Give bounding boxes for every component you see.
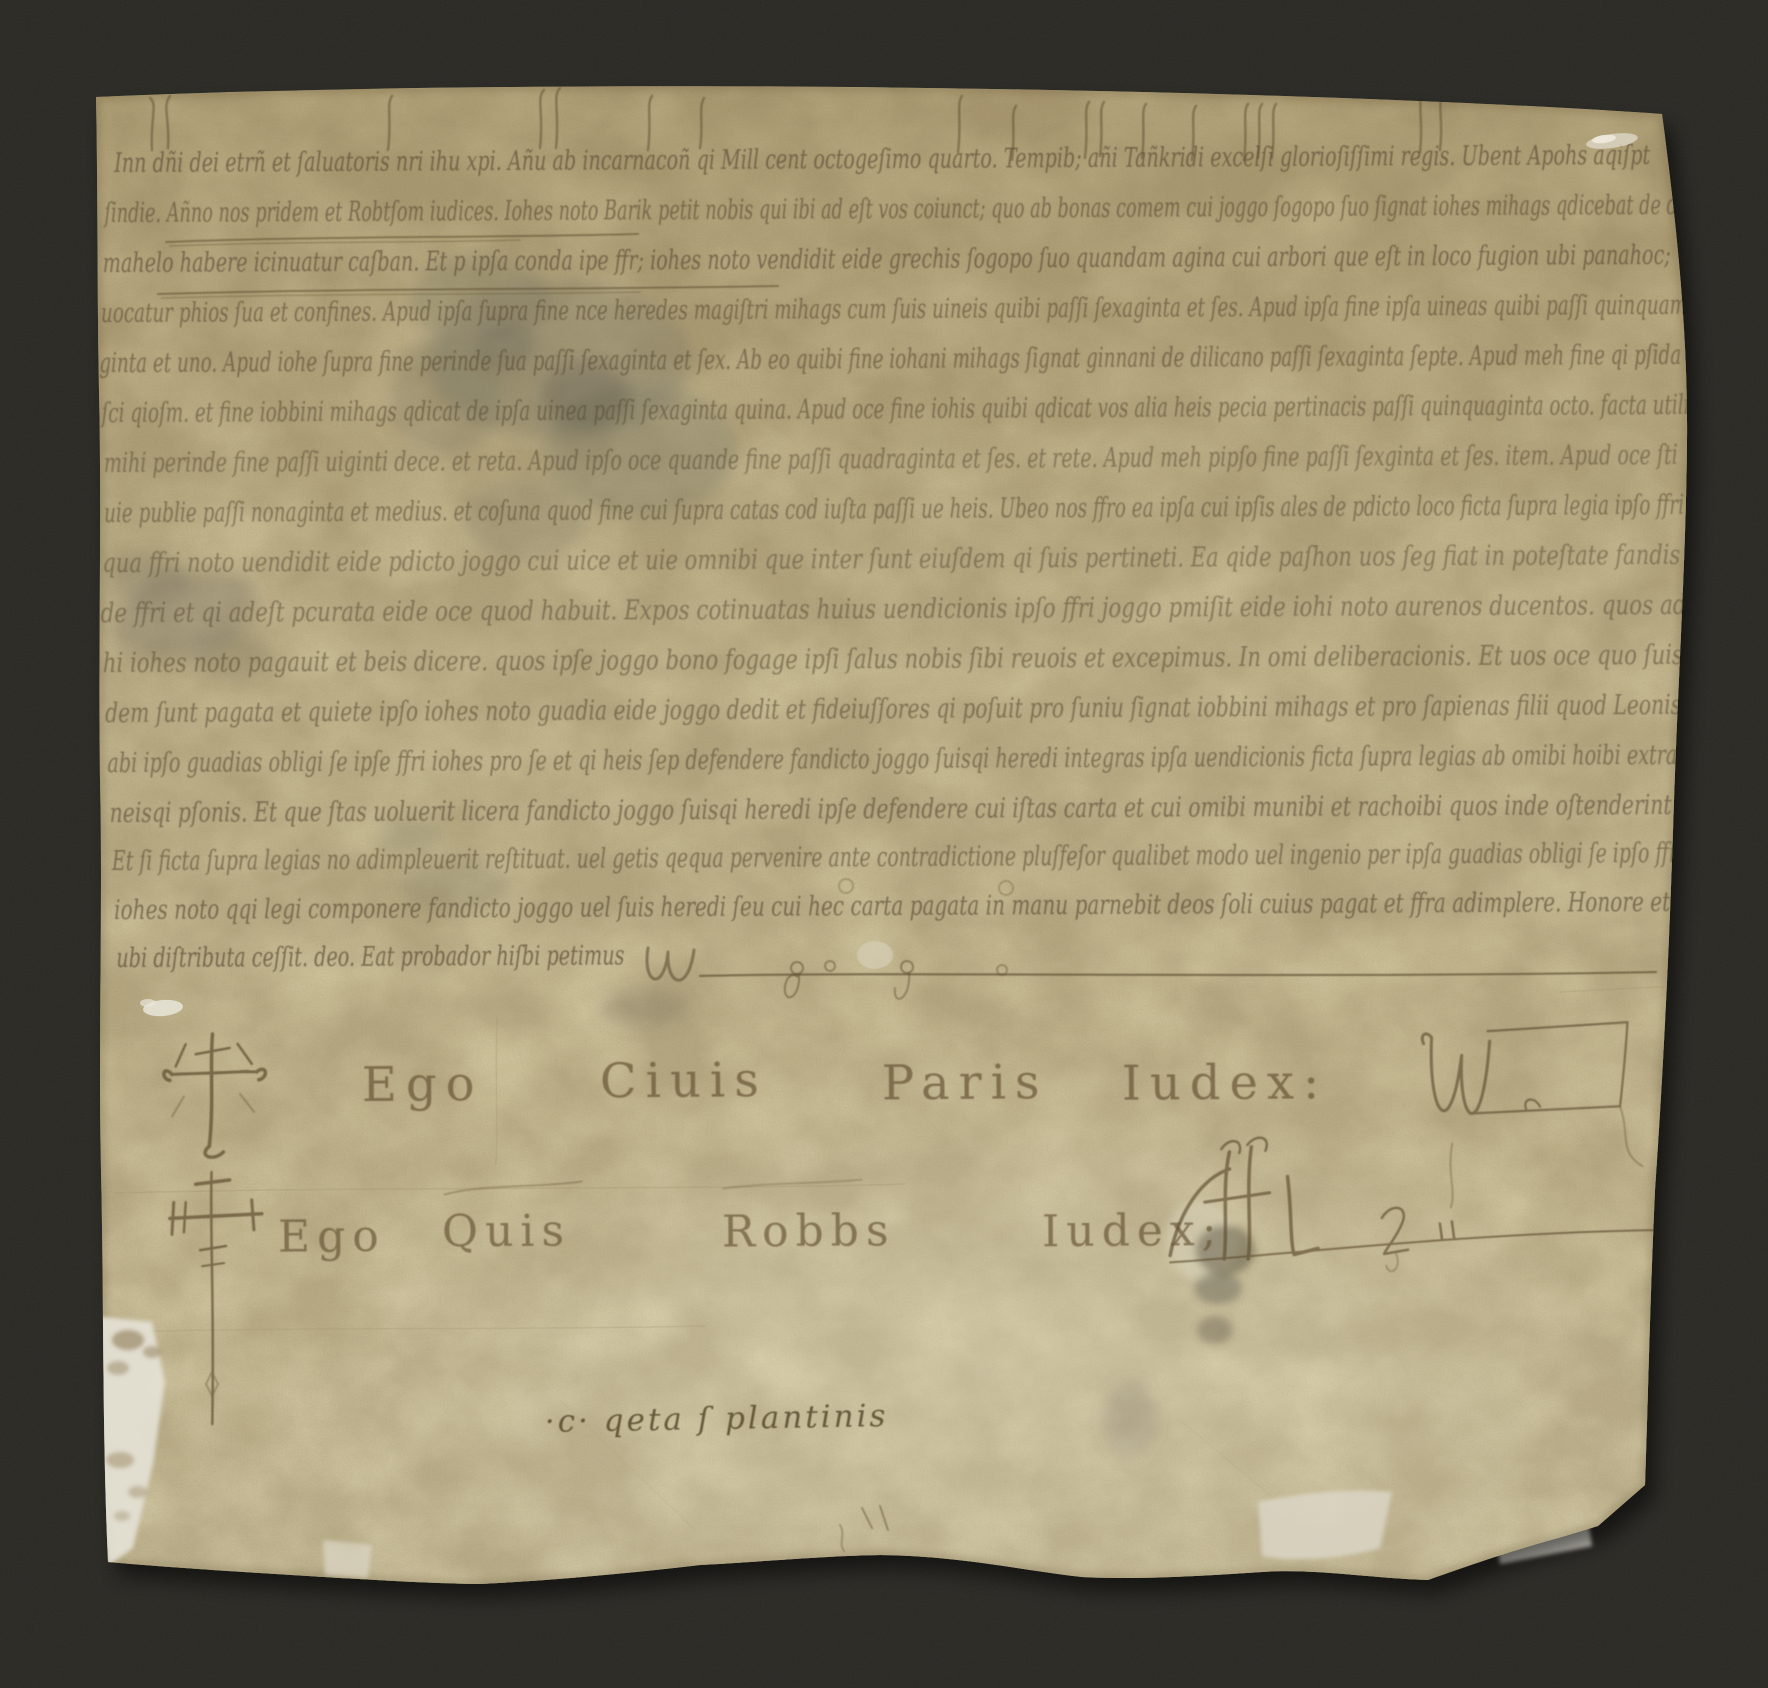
signature1-word-ego: Ego [362,1056,484,1113]
body-text-line: ubi diſtributa ceſſit. deo. Eat probador… [116,940,624,974]
body-text-block: Inn dñi dei etrñ et ſaluatoris nri ihu x… [98,140,1692,974]
signature1-word-paris: Paris [882,1054,1049,1111]
signature2-word-ego: Ego [278,1211,386,1263]
white-fleck-left-2 [140,999,156,1007]
photo-frame: Inn dñi dei etrñ et ſaluatoris nri ihu x… [0,0,1768,1688]
signature2-word-name: Quis [442,1206,571,1258]
signature1-word-iudex: Iudex: [1122,1054,1329,1111]
signature1-word-name: Ciuis [600,1052,768,1109]
tear-chip-bottom [323,1540,372,1578]
parchment-photo: Inn dñi dei etrñ et ſaluatoris nri ihu x… [0,0,1768,1688]
notary-note: ·c· qeta ſ plantinis [545,1398,889,1440]
tear-patch-bottom-center [1258,1490,1392,1559]
signature2-word-iudex: Iudex; [1042,1205,1224,1257]
signature2-word-robbs: Robbs [722,1205,896,1257]
